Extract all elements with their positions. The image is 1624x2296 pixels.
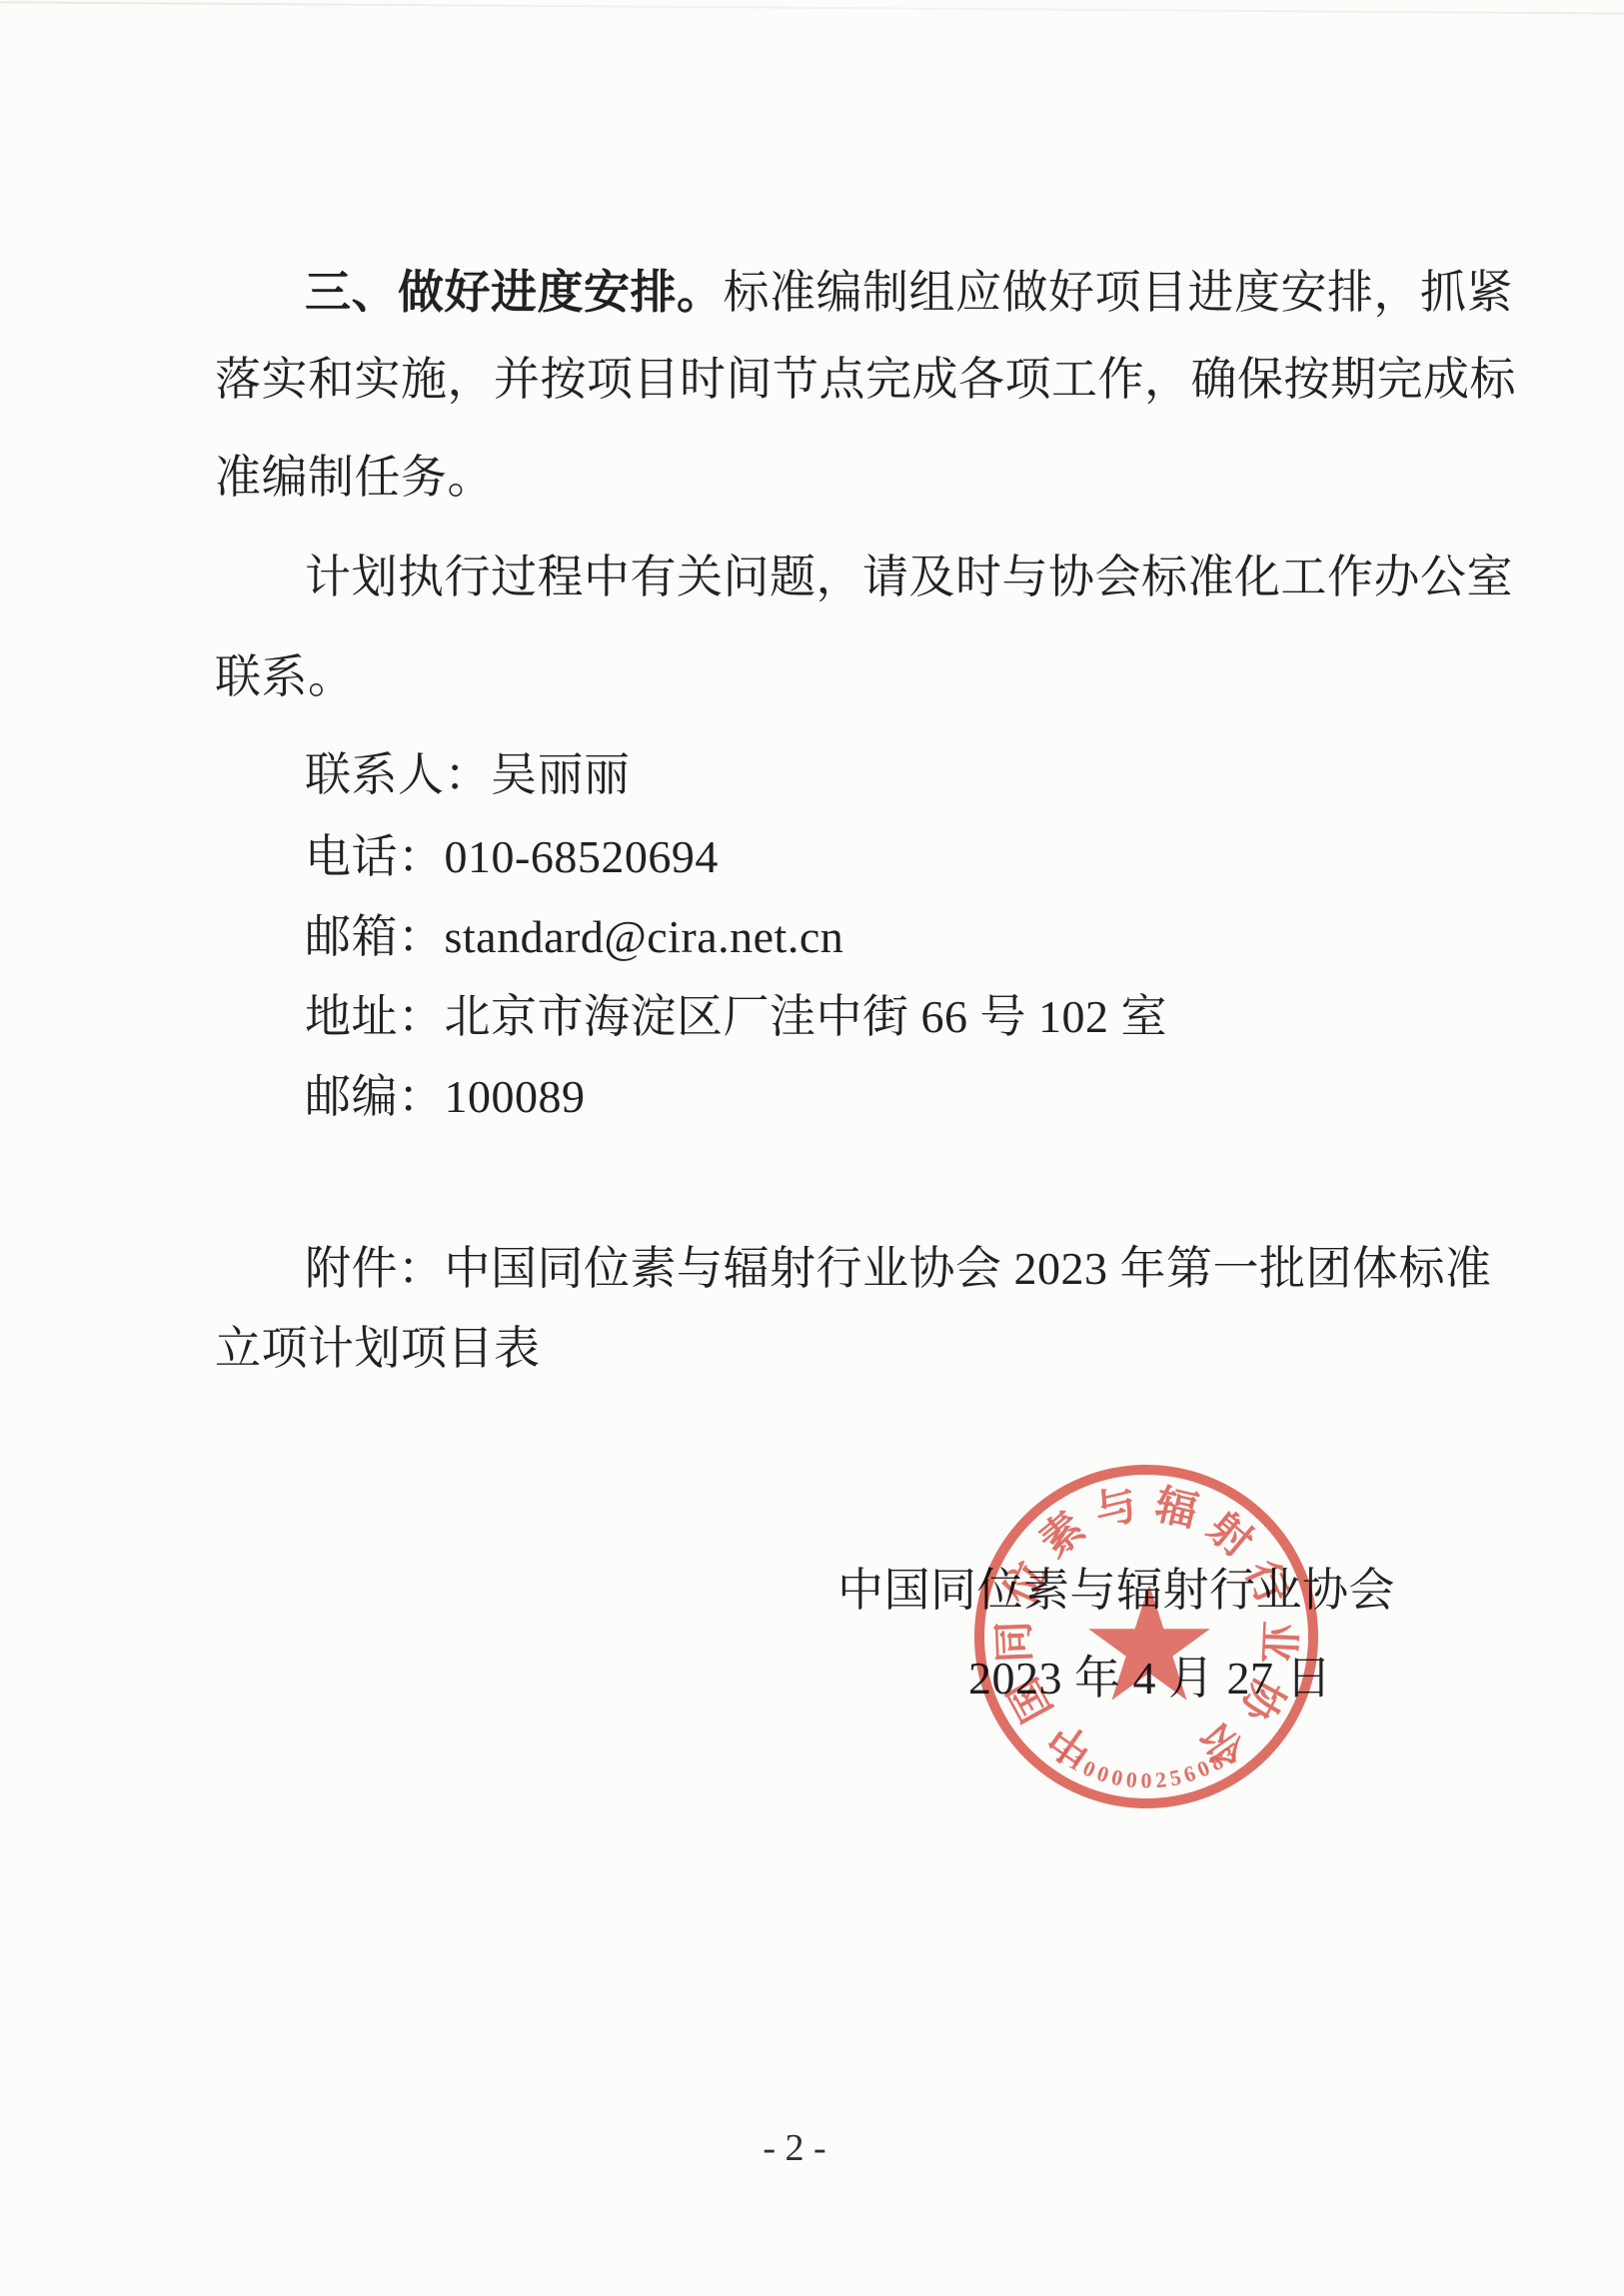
seal-ring-character: 与 — [1090, 1481, 1142, 1536]
seal-ring-character: 同 — [991, 1620, 1039, 1664]
seal-serial-digit: 0 — [1141, 1768, 1152, 1793]
seal-serial-digit: 5 — [1167, 1764, 1183, 1791]
scan-artifact-line — [0, 1, 1624, 15]
section-heading-bold: 三、做好进度安排。 — [305, 266, 724, 318]
contact-phone-line: 电话：010-68520694 — [305, 827, 719, 887]
body-paragraph-1-line-1: 三、做好进度安排。标准编制组应做好项目进度安排，抓紧 — [305, 262, 1513, 323]
contact-person-line: 联系人：吴丽丽 — [305, 745, 631, 805]
seal-ring-character: 辐 — [1150, 1481, 1202, 1536]
body-paragraph-1-line-2: 落实和实施，并按项目时间节点完成各项工作，确保按期完成标 — [215, 350, 1516, 410]
contact-email-line: 邮箱：standard@cira.net.cn — [305, 907, 843, 967]
seal-ring-character: 业 — [1253, 1620, 1301, 1664]
attachment-line-1: 附件：中国同位素与辐射行业协会 2023 年第一批团体标准 — [305, 1239, 1492, 1299]
body-text: 标准编制组应做好项目进度安排，抓紧 — [724, 267, 1514, 318]
attachment-line-2: 立项计划项目表 — [215, 1319, 541, 1379]
seal-ring-character: 协 — [1230, 1670, 1292, 1730]
body-paragraph-2-line-2: 联系。 — [215, 647, 355, 707]
seal-ring-character: 国 — [1001, 1670, 1062, 1728]
body-paragraph-2-line-1: 计划执行过程中有关问题，请及时与协会标准化工作办公室 — [305, 548, 1513, 607]
official-seal: 中国同位素与辐射行业协会1100000256083 — [946, 1437, 1346, 1836]
seal-serial-digit: 0 — [1125, 1766, 1138, 1792]
contact-address-line: 地址：北京市海淀区厂洼中街 66 号 102 室 — [305, 987, 1167, 1047]
seal-ring-character: 行 — [1236, 1555, 1296, 1613]
page-number: - 2 - — [0, 2126, 1589, 2170]
document-page: { "page": { "number_label": "- 2 -" }, "… — [0, 0, 1624, 2296]
seal-ring-character: 位 — [996, 1555, 1056, 1613]
seal-serial-digit: 0 — [1109, 1764, 1125, 1791]
body-paragraph-1-line-3: 准编制任务。 — [215, 448, 494, 508]
seal-serial-digit: 2 — [1154, 1766, 1167, 1792]
seal-star — [1088, 1585, 1210, 1701]
scanned-letter-page: 三、做好进度安排。标准编制组应做好项目进度安排，抓紧 落实和实施，并按项目时间节… — [0, 0, 1624, 2296]
contact-postcode-line: 邮编：100089 — [305, 1067, 586, 1127]
